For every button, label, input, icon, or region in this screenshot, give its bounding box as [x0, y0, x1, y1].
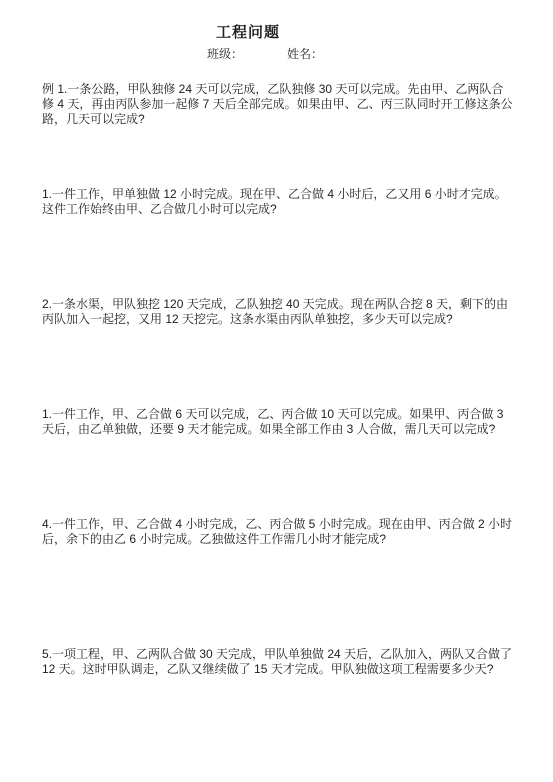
class-label: 班级： [207, 45, 243, 62]
problem-3: 1.一件工作，甲、乙合做 6 天可以完成，乙、丙合做 10 天可以完成。如果甲、… [42, 407, 514, 437]
problem-2: 2.一条水渠，甲队独挖 120 天完成，乙队独挖 40 天完成。现在两队合挖 8… [42, 297, 514, 327]
page-title: 工程问题 [216, 21, 280, 42]
problem-1: 1.一件工作，甲单独做 12 小时完成。现在甲、乙合做 4 小时后，乙又用 6 … [42, 187, 514, 217]
worksheet-page: 工程问题 班级： 姓名： 例 1.一条公路，甲队独修 24 天可以完成，乙队独修… [0, 0, 553, 782]
problem-example-1: 例 1.一条公路，甲队独修 24 天可以完成，乙队独修 30 天可以完成。先由甲… [42, 82, 514, 127]
problem-4: 4.一件工作，甲、乙合做 4 小时完成，乙、丙合做 5 小时完成。现在由甲、丙合… [42, 517, 514, 547]
name-label: 姓名： [287, 45, 323, 62]
problem-5: 5.一项工程，甲、乙两队合做 30 天完成，甲队单独做 24 天后，乙队加入，两… [42, 647, 514, 677]
